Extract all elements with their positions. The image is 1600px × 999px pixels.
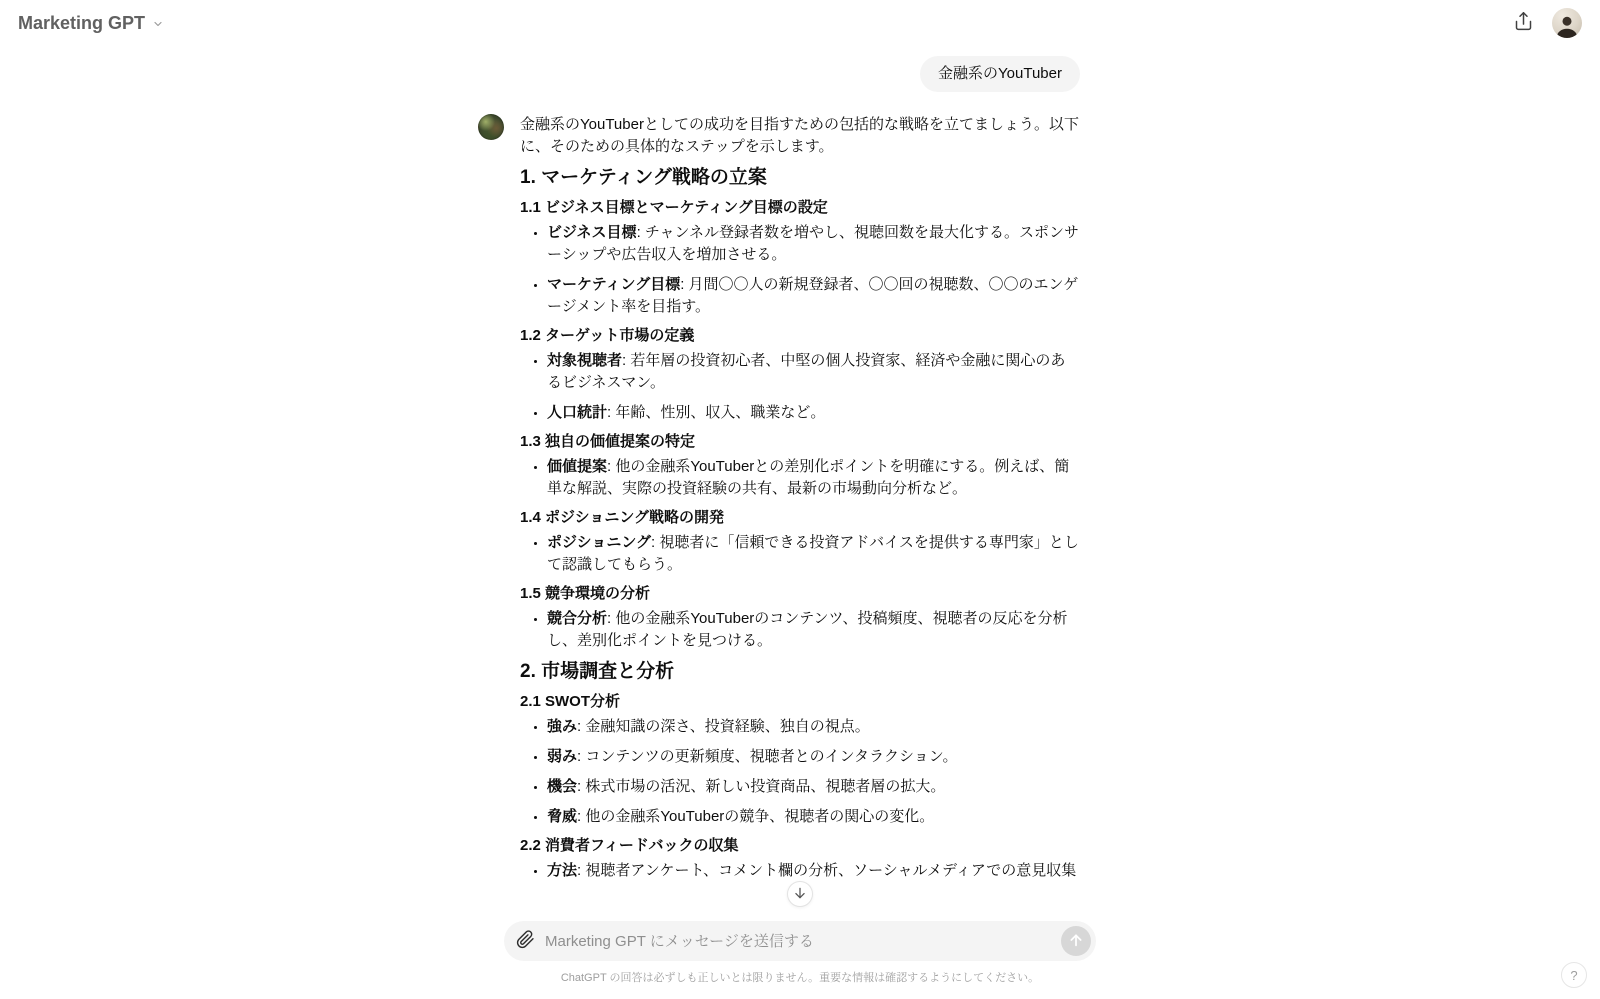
bullet-label: 脅威	[547, 808, 577, 825]
gpt-switcher[interactable]: Marketing GPT	[18, 13, 164, 34]
bullet-list: 強み: 金融知識の深さ、投資経験、独自の視点。弱み: コンテンツの更新頻度、視聴…	[520, 716, 1080, 828]
gpt-avatar	[478, 114, 504, 140]
bullet-label: 競合分析	[547, 610, 607, 627]
bullet-label: ポジショニング	[547, 534, 651, 551]
bullet-list: 方法: 視聴者アンケート、コメント欄の分析、ソーシャルメディアでの意見収集	[520, 860, 1080, 882]
bullet-label: 価値提案	[547, 458, 607, 475]
message-composer	[504, 921, 1096, 961]
user-message-row: 金融系のYouTuber	[520, 56, 1080, 92]
bullet-list: ポジショニング: 視聴者に「信頼できる投資アドバイスを提供する専門家」として認識…	[520, 532, 1080, 576]
section-heading: 2.2 消費者フィードバックの収集	[520, 836, 1080, 856]
section-heading: 2. 市場調査と分析	[520, 660, 1080, 684]
bullet-label: 対象視聴者	[547, 352, 622, 369]
header: Marketing GPT	[0, 0, 1600, 46]
bullet-item: ポジショニング: 視聴者に「信頼できる投資アドバイスを提供する専門家」として認識…	[547, 532, 1080, 576]
help-button[interactable]: ?	[1561, 962, 1587, 988]
bullet-label: ビジネス目標	[547, 224, 637, 241]
section-heading: 1.1 ビジネス目標とマーケティング目標の設定	[520, 198, 1080, 218]
assistant-message-content: 金融系のYouTuberとしての成功を目指すための包括的な戦略を立てましょう。以…	[520, 114, 1080, 882]
bullet-item: 価値提案: 他の金融系YouTuberとの差別化ポイントを明確にする。例えば、簡…	[547, 456, 1080, 500]
section-heading: 1. マーケティング戦略の立案	[520, 166, 1080, 190]
bullet-item: ビジネス目標: チャンネル登録者数を増やし、視聴回数を最大化する。スポンサーシッ…	[547, 222, 1080, 266]
bullet-item: 対象視聴者: 若年層の投資初心者、中堅の個人投資家、経済や金融に関心のあるビジネ…	[547, 350, 1080, 394]
composer-area: ChatGPT の回答は必ずしも正しいとは限りません。重要な情報は確認するように…	[0, 918, 1600, 999]
message-input[interactable]	[543, 932, 1053, 951]
bullet-item: 競合分析: 他の金融系YouTuberのコンテンツ、投稿頻度、視聴者の反応を分析…	[547, 608, 1080, 652]
share-button[interactable]	[1513, 11, 1534, 35]
bullet-item: 人口統計: 年齢、性別、収入、職業など。	[547, 402, 1080, 424]
bullet-label: 機会	[547, 778, 577, 795]
paperclip-icon	[516, 930, 535, 952]
section-heading: 1.3 独自の価値提案の特定	[520, 432, 1080, 452]
section-heading: 2.1 SWOT分析	[520, 692, 1080, 712]
section-heading: 1.4 ポジショニング戦略の開発	[520, 508, 1080, 528]
account-avatar[interactable]	[1552, 8, 1582, 38]
bullet-list: 競合分析: 他の金融系YouTuberのコンテンツ、投稿頻度、視聴者の反応を分析…	[520, 608, 1080, 652]
scroll-to-bottom-button[interactable]	[787, 881, 813, 907]
arrow-down-icon	[793, 886, 807, 903]
bullet-label: 人口統計	[547, 404, 607, 421]
bullet-label: マーケティング目標	[547, 276, 680, 293]
bullet-item: 方法: 視聴者アンケート、コメント欄の分析、ソーシャルメディアでの意見収集	[547, 860, 1080, 882]
header-actions	[1513, 8, 1582, 38]
arrow-up-icon	[1068, 932, 1084, 951]
bullet-item: 脅威: 他の金融系YouTuberの競争、視聴者の関心の変化。	[547, 806, 1080, 828]
share-icon	[1513, 11, 1534, 35]
chevron-down-icon	[152, 18, 164, 30]
chat-thread: 金融系のYouTuber 金融系のYouTuberとしての成功を目指すための包括…	[520, 46, 1080, 890]
bullet-list: ビジネス目標: チャンネル登録者数を増やし、視聴回数を最大化する。スポンサーシッ…	[520, 222, 1080, 318]
assistant-message-row: 金融系のYouTuberとしての成功を目指すための包括的な戦略を立てましょう。以…	[520, 114, 1080, 882]
bullet-list: 対象視聴者: 若年層の投資初心者、中堅の個人投資家、経済や金融に関心のあるビジネ…	[520, 350, 1080, 424]
page-title: Marketing GPT	[18, 13, 145, 34]
send-button[interactable]	[1061, 926, 1091, 956]
bullet-label: 方法	[547, 862, 577, 879]
attach-file-button[interactable]	[516, 930, 535, 952]
section-heading: 1.2 ターゲット市場の定義	[520, 326, 1080, 346]
bullet-item: 弱み: コンテンツの更新頻度、視聴者とのインタラクション。	[547, 746, 1080, 768]
bullet-list: 価値提案: 他の金融系YouTuberとの差別化ポイントを明確にする。例えば、簡…	[520, 456, 1080, 500]
bullet-label: 弱み	[547, 748, 577, 765]
user-message-bubble: 金融系のYouTuber	[920, 56, 1080, 92]
bullet-item: マーケティング目標: 月間〇〇人の新規登録者、〇〇回の視聴数、〇〇のエンゲージメ…	[547, 274, 1080, 318]
bullet-item: 強み: 金融知識の深さ、投資経験、独自の視点。	[547, 716, 1080, 738]
disclaimer-text: ChatGPT の回答は必ずしも正しいとは限りません。重要な情報は確認するように…	[561, 969, 1039, 985]
bullet-item: 機会: 株式市場の活況、新しい投資商品、視聴者層の拡大。	[547, 776, 1080, 798]
section-heading: 1.5 競争環境の分析	[520, 584, 1080, 604]
bullet-label: 強み	[547, 718, 577, 735]
paragraph: 金融系のYouTuberとしての成功を目指すための包括的な戦略を立てましょう。以…	[520, 114, 1080, 158]
